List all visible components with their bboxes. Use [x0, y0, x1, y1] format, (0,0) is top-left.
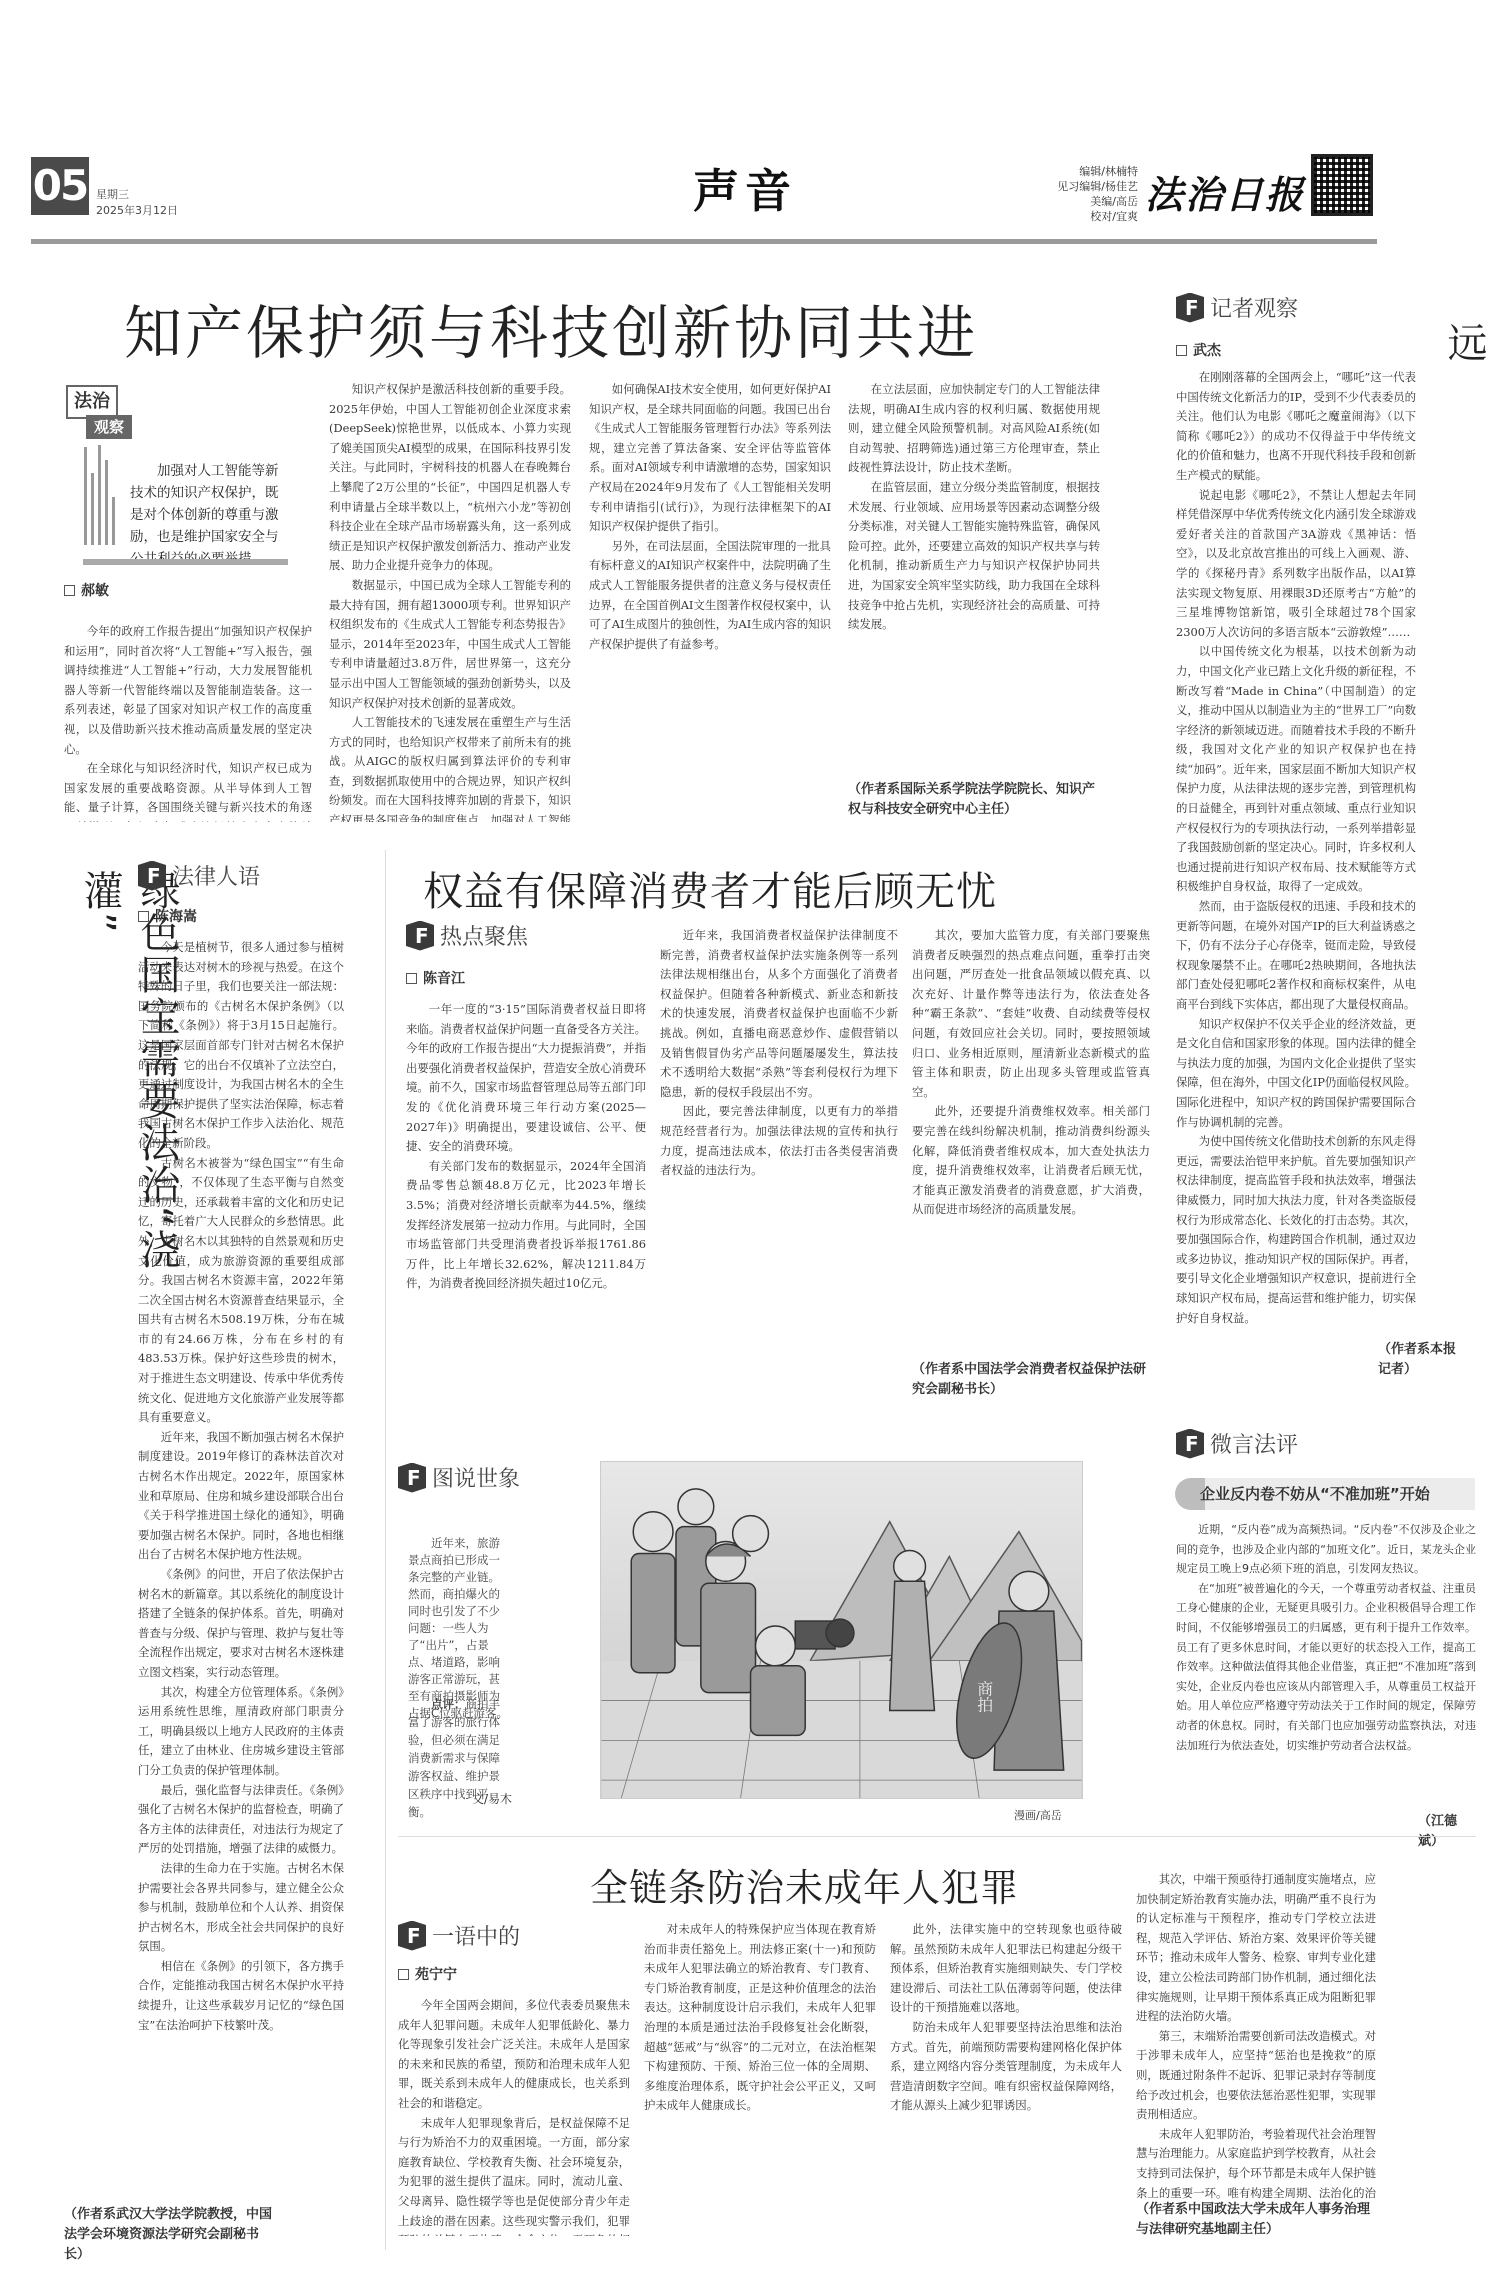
pull-quote-rule	[83, 559, 288, 565]
editor-credit: 见习编辑/杨佳艺	[1028, 179, 1138, 194]
paragraph: 在立法层面，应加快制定专门的人工智能法律法规，明确AI生成内容的权利归属、数据使…	[848, 380, 1100, 478]
decorative-bars	[84, 445, 122, 545]
column-label: 记者观察	[1210, 292, 1298, 323]
author-name: 武杰	[1193, 343, 1221, 359]
author-name: 陈海嵩	[155, 909, 197, 925]
column-head-law-words: 法律人语	[138, 860, 260, 891]
column-label: 热点聚焦	[440, 920, 528, 951]
article-column: 如何确保AI技术安全使用，如何更好保护AI知识产权，是全球共同面临的问题。我国已…	[589, 380, 831, 822]
paragraph: 在刚刚落幕的全国两会上，“哪吒”这一代表中国传统文化新活力的IP，受到不少代表委…	[1176, 368, 1416, 486]
byline: 武杰	[1176, 340, 1221, 360]
article-column: 近年来，我国消费者权益保护法律制度不断完善，消费者权益保护法实施条例等一系列法律…	[660, 926, 898, 1401]
paragraph: 知识产权保护是激活科技创新的重要手段。2025年伊始，中国人工智能初创企业深度求…	[329, 380, 571, 576]
paragraph: 《条例》的问世，开启了依法保护古树名木的新篇章。其以系统化的制度设计搭建了全链条…	[138, 1565, 344, 1683]
byline: 苑宁宁	[398, 1964, 457, 1984]
headline-ip-protection: 知产保护须与科技创新协同共进	[124, 286, 978, 370]
cartoon-illustration: 商拍	[600, 1461, 1083, 1799]
column-badge-law-observation: 法治 观察	[66, 385, 118, 419]
article-column: 今天是植树节，很多人通过参与植树活动来表达对树木的珍视与热爱。在这个特殊的日子里…	[138, 938, 344, 2148]
badge-top: 法治	[66, 385, 118, 419]
newspaper-logo: 法治日报	[1145, 164, 1305, 219]
column-label: 图说世象	[432, 1462, 520, 1493]
article-column: 知识产权保护是激活科技创新的重要手段。2025年伊始，中国人工智能初创企业深度求…	[329, 380, 571, 822]
comment-label: 点评：	[431, 1697, 466, 1711]
paragraph: 法律的生命力在于实施。古树名木保护需要社会各界共同参与，建立健全公众参与机制，鼓…	[138, 1859, 344, 1957]
column-head-reporter-observation: 记者观察	[1176, 292, 1298, 323]
author-note: （作者系武汉大学法学院教授，中国法学会环境资源法学研究会副秘书长）	[64, 2205, 274, 2265]
column-head-one-word: 一语中的	[398, 1920, 520, 1951]
editor-credit: 编辑/林楠特	[1028, 164, 1138, 179]
paragraph: 今年的政府工作报告提出“加强知识产权保护和运用”，同时首次将“人工智能+”写入报…	[64, 622, 312, 759]
article-column: 其次，中端干预亟待打通制度实施堵点，应加快制定矫治教育实施办法，明确严重不良行为…	[1136, 1870, 1376, 2200]
paragraph: 以中国传统文化为根基，以技术创新为动力，中国文化产业已踏上文化升级的新征程，不断…	[1176, 642, 1416, 897]
f-cube-icon	[406, 921, 434, 951]
article-column: 在立法层面，应加快制定专门的人工智能法律法规，明确AI生成内容的权利归属、数据使…	[848, 380, 1100, 770]
paragraph: 因此，要完善法律制度，以更有力的举措规范经营者行为。加强法律法规的宣传和执行力度…	[660, 1102, 898, 1180]
article-column: 在刚刚落幕的全国两会上，“哪吒”这一代表中国传统文化新活力的IP，受到不少代表委…	[1176, 368, 1416, 1328]
article-column: 一年一度的“3·15”国际消费者权益日即将来临。消费者权益保护问题一直备受各方关…	[406, 1000, 646, 1400]
author-name: 苑宁宁	[415, 1967, 457, 1983]
f-cube-icon	[398, 1921, 426, 1951]
paragraph: 一年一度的“3·15”国际消费者权益日即将来临。消费者权益保护问题一直备受各方关…	[406, 1000, 646, 1157]
article-column: 对未成年人的特殊保护应当体现在教育矫治而非责任豁免上。刑法修正案(十一)和预防未…	[644, 1920, 876, 2240]
paragraph: 知识产权保护不仅关乎企业的经济效益，更是文化自信和国家形象的体现。国内法律的健全…	[1176, 1015, 1416, 1133]
cartoon-credit: 漫画/高岳	[1014, 1807, 1062, 1823]
caption-author: 文/易木	[472, 1790, 512, 1807]
paragraph: 近年来，我国不断加强古树名木保护制度建设。2019年修订的森林法首次对古树名木作…	[138, 1428, 344, 1565]
masthead: 05 星期三 2025年3月12日 声音 编辑/林楠特 见习编辑/杨佳艺 美编/…	[28, 150, 1468, 230]
column-divider	[385, 850, 386, 2250]
byline: 陈海嵩	[138, 906, 197, 926]
paragraph: 数据显示，中国已成为全球人工智能专利的最大持有国，拥有超13000项专利。世界知…	[329, 576, 571, 713]
publication-date: 2025年3月12日	[96, 202, 178, 218]
paragraph: 未成年人犯罪防治，考验着现代社会治理智慧与治理能力。从家庭监护到学校教育，从社会…	[1136, 2125, 1376, 2200]
paragraph: 如何确保AI技术安全使用，如何更好保护AI知识产权，是全球共同面临的问题。我国已…	[589, 380, 831, 537]
masthead-rule	[31, 239, 1377, 244]
f-cube-icon	[138, 861, 166, 891]
author-name: 陈音江	[423, 971, 465, 987]
pull-quote: 加强对人工智能等新技术的知识产权保护，既是对个体创新的尊重与激励，也是维护国家安…	[130, 460, 280, 570]
page-number: 05	[31, 157, 89, 215]
paragraph: 其次，要加大监管力度，有关部门要聚焦消费者反映强烈的热点难点问题，重拳打击突出问…	[912, 926, 1150, 1102]
paragraph: 第三，末端矫治需要创新司法改造模式。对于涉罪未成年人，应坚持“惩治也是挽救”的原…	[1136, 2027, 1376, 2125]
column-head-micro-comment: 微言法评	[1176, 1428, 1298, 1459]
paragraph: 防治未成年人犯罪要坚持法治思维和法治方式。首先，前端预防需要构建网格化保护体系，…	[890, 2018, 1122, 2116]
editor-credit: 美编/高岳	[1028, 194, 1138, 209]
paragraph: 今年全国两会期间，多位代表委员聚焦未成年人犯罪问题。未成年人犯罪低龄化、暴力化等…	[398, 1996, 630, 2114]
paragraph: 另外，在司法层面，全国法院审理的一批具有标杆意义的AI知识产权案件中，法院明确了…	[589, 537, 831, 655]
byline: 陈音江	[406, 968, 465, 988]
paragraph: 在“加班”被普遍化的今天，一个尊重劳动者权益、注重员工身心健康的企业，无疑更具吸…	[1176, 1579, 1476, 1755]
paragraph: 在监管层面，建立分级分类监管制度，根据技术发展、行业领域、应用场景等因素动态调整…	[848, 478, 1100, 635]
paragraph: 此外，还要提升消费维权效率。相关部门要完善在线纠纷解决机制，推动消费纠纷源头化解…	[912, 1102, 1150, 1220]
cartoon-sign: 商拍	[975, 1681, 994, 1713]
paragraph: 其次，构建全方位管理体系。《条例》运用系统性思维，厘清政府部门职责分工，明确县级…	[138, 1683, 344, 1781]
paragraph: 近期，“反内卷”成为高频热词。“反内卷”不仅涉及企业之间的竞争，也涉及企业内部的…	[1176, 1520, 1476, 1579]
headline-consumer-rights: 权益有保障消费者才能后顾无忧	[423, 860, 997, 917]
paragraph: 近年来，我国消费者权益保护法律制度不断完善，消费者权益保护法实施条例等一系列法律…	[660, 926, 898, 1102]
column-label: 法律人语	[172, 860, 260, 891]
headline-tradition-culture: 法治铠甲让传统文化走得更远	[1436, 322, 1500, 842]
column-label: 微言法评	[1210, 1428, 1298, 1459]
section-title: 声音	[693, 155, 797, 221]
f-cube-icon	[1176, 1429, 1204, 1459]
paragraph: 最后，强化监督与法律责任。《条例》强化了古树名木保护的监督检查，明确了各方主体的…	[138, 1781, 344, 1859]
author-note: （作者系中国政法大学未成年人事务治理与法律研究基地副主任）	[1136, 2200, 1381, 2240]
byline: 郝敏	[64, 580, 109, 600]
f-cube-icon	[1176, 293, 1204, 323]
article-subhead: 企业反内卷不妨从“不准加班”开始	[1175, 1478, 1475, 1510]
cartoon-caption: 近年来，旅游景点商拍已形成一条完整的产业链。然而，商拍爆火的同时也引发了不少问题…	[408, 1535, 511, 1722]
section-rule	[398, 1836, 1476, 1837]
paragraph: 人工智能技术的飞速发展在重塑生产与生活方式的同时，也给知识产权带来了前所未有的挑…	[329, 713, 571, 822]
paragraph: 未成年人犯罪现象背后，是权益保障不足与行为矫治不力的双重困境。一方面，部分家庭教…	[398, 2114, 630, 2236]
qr-code-icon[interactable]	[1311, 154, 1373, 216]
author-note: （作者系国际关系学院法学院院长、知识产权与科技安全研究中心主任）	[848, 780, 1100, 820]
author-note: （作者系中国法学会消费者权益保护法研究会副秘书长）	[912, 1360, 1150, 1400]
paragraph: 对未成年人的特殊保护应当体现在教育矫治而非责任豁免上。刑法修正案(十一)和预防未…	[644, 1920, 876, 2116]
column-head-picture-story: 图说世象	[398, 1462, 520, 1493]
editor-credit: 校对/宜爽	[1028, 209, 1138, 224]
paragraph: 说起电影《哪吒2》，不禁让人想起去年同样凭借深厚中华优秀传统文化内涵引发全球游戏…	[1176, 486, 1416, 643]
article-column: 其次，要加大监管力度，有关部门要聚焦消费者反映强烈的热点难点问题，重拳打击突出问…	[912, 926, 1150, 1336]
editor-credits: 编辑/林楠特 见习编辑/杨佳艺 美编/高岳 校对/宜爽	[1028, 164, 1138, 224]
f-cube-icon	[398, 1463, 426, 1493]
article-column: 今年的政府工作报告提出“加强知识产权保护和运用”，同时首次将“人工智能+”写入报…	[64, 622, 312, 822]
paragraph: 古树名木被誉为“绿色国宝”“有生命的文物”，不仅体现了生态平衡与自然变迁的历史，…	[138, 1154, 344, 1428]
author-note: （作者系本报记者）	[1378, 1340, 1468, 1380]
paragraph: 今天是植树节，很多人通过参与植树活动来表达对树木的珍视与热爱。在这个特殊的日子里…	[138, 938, 344, 1154]
paragraph: 其次，中端干预亟待打通制度实施堵点，应加快制定矫治教育实施办法，明确严重不良行为…	[1136, 1870, 1376, 2027]
badge-bottom: 观察	[86, 415, 132, 439]
article-column: 近期，“反内卷”成为高频热词。“反内卷”不仅涉及企业之间的竞争，也涉及企业内部的…	[1176, 1520, 1476, 1810]
newspaper-page: 05 星期三 2025年3月12日 声音 编辑/林楠特 见习编辑/杨佳艺 美编/…	[28, 0, 1468, 2279]
author-name: 郝敏	[81, 583, 109, 599]
paragraph: 相信在《条例》的引领下，各方携手合作，定能推动我国古树名木保护水平持续提升，让这…	[138, 1957, 344, 2035]
column-label: 一语中的	[432, 1920, 520, 1951]
paragraph: 此外，法律实施中的空转现象也亟待破解。虽然预防未成年人犯罪法已构建起分级干预体系…	[890, 1920, 1122, 2018]
author-note: （江德斌）	[1418, 1812, 1468, 1852]
headline-juvenile-crime: 全链条防治未成年人犯罪	[590, 1857, 1019, 1912]
paragraph: 有关部门发布的数据显示，2024年全国消费品零售总额48.8万亿元，比2023年…	[406, 1157, 646, 1294]
article-column: 此外，法律实施中的空转现象也亟待破解。虽然预防未成年人犯罪法已构建起分级干预体系…	[890, 1920, 1122, 2240]
paragraph: 在全球化与知识经济时代，知识产权已成为国家发展的重要战略资源。从半导体到人工智能…	[64, 759, 312, 822]
paragraph: 然而，由于盗版侵权的迅速、手段和技术的更新等问题，在境外对国产IP的巨大利益诱惑…	[1176, 897, 1416, 1015]
column-head-hot-focus: 热点聚焦	[406, 920, 528, 951]
weekday: 星期三	[96, 186, 129, 202]
cartoon-scene-icon: 商拍	[601, 1462, 1082, 1798]
paragraph: 为使中国传统文化借助技术创新的东风走得更远，需要法治铠甲来护航。首先要加强知识产…	[1176, 1132, 1416, 1328]
article-column: 今年全国两会期间，多位代表委员聚焦未成年人犯罪问题。未成年人犯罪低龄化、暴力化等…	[398, 1996, 630, 2236]
